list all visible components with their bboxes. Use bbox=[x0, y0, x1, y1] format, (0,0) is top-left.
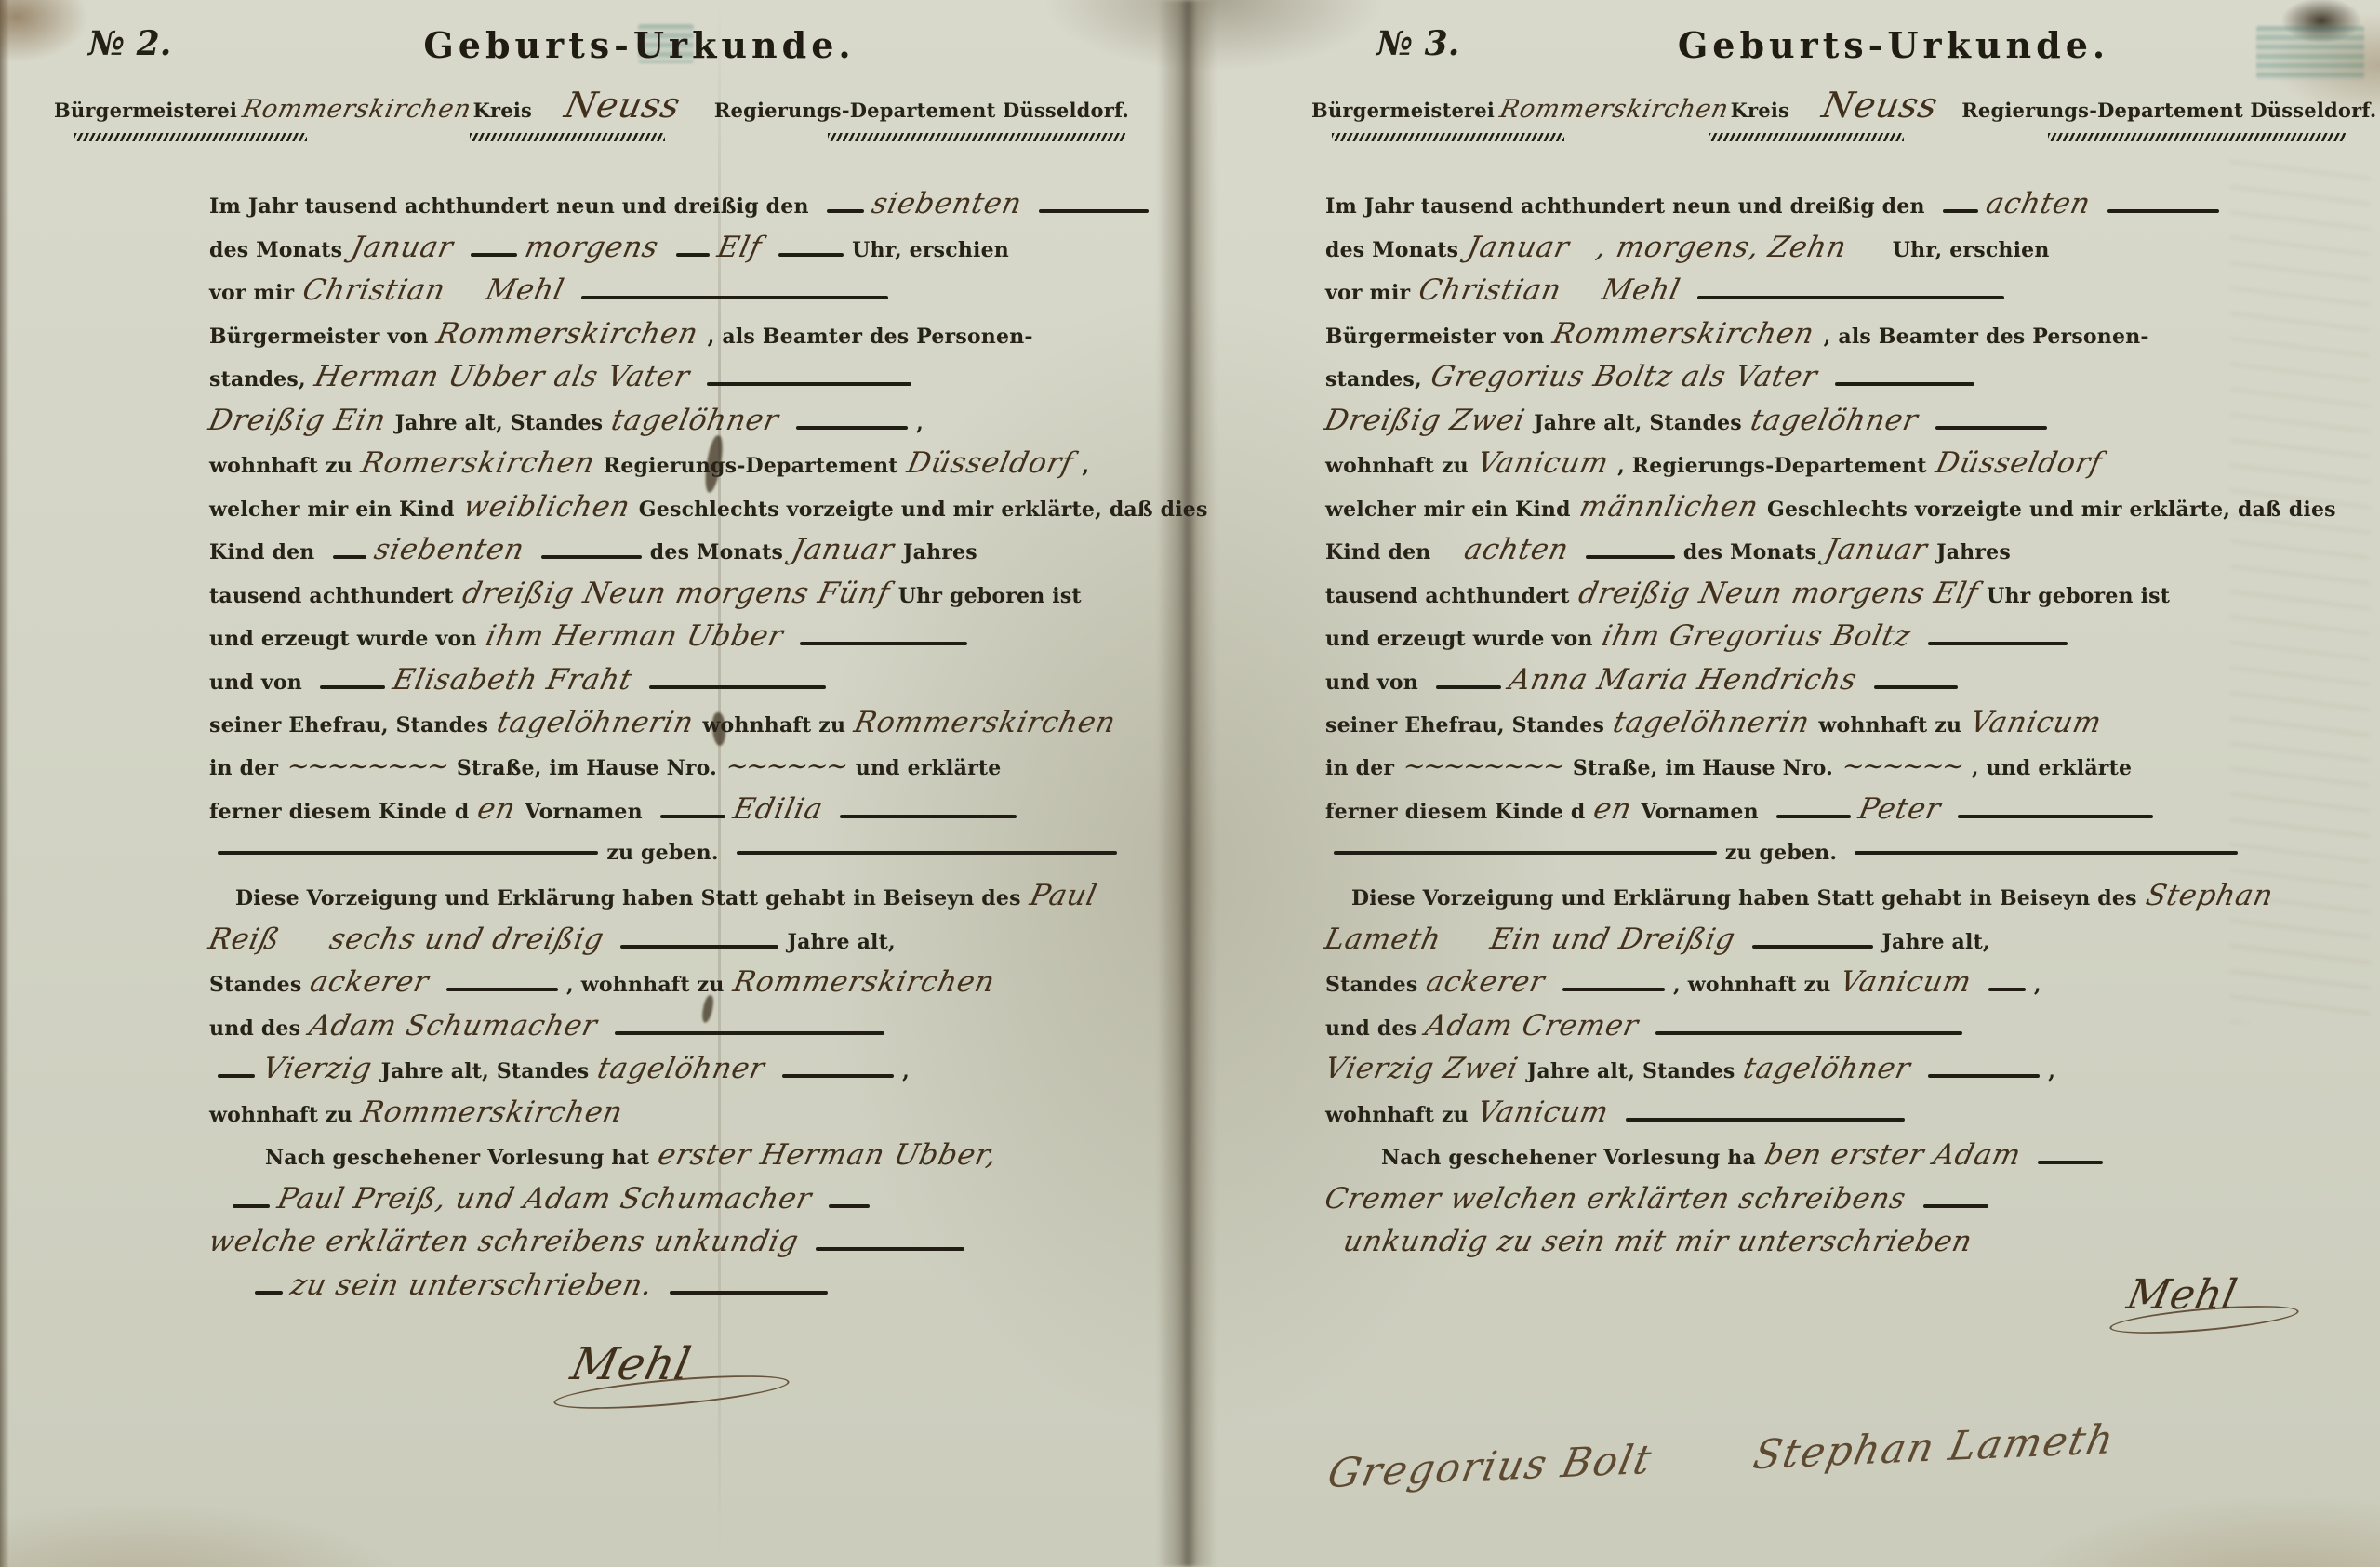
handwritten-entry: ihm Herman Ubber bbox=[482, 615, 788, 658]
handwritten-entry: männlichen bbox=[1576, 485, 1762, 529]
printed-form-text: ferner diesem Kinde d bbox=[209, 800, 469, 824]
form-line: in der~~~~~~~~Straße, im Hause Nro.~~~~~… bbox=[209, 745, 1125, 789]
form-line: standes,Herman Ubber als Vater bbox=[209, 355, 1125, 399]
printed-form-text: des Monats bbox=[650, 540, 783, 564]
fill-in-rule bbox=[620, 945, 778, 949]
handwritten-entry: Januar bbox=[347, 226, 458, 270]
printed-form-text: Diese Vorzeigung und Erklärung haben Sta… bbox=[1351, 886, 2137, 910]
handwritten-entry: Reiß bbox=[205, 918, 284, 962]
handwritten-entry: Gregorius Boltz als Vater bbox=[1427, 355, 1822, 399]
fill-in-rule bbox=[829, 1204, 870, 1208]
certificate-body: Im Jahr tausend achthundert neun und dre… bbox=[209, 182, 1125, 1307]
kreis-entry: Neuss bbox=[561, 85, 685, 126]
printed-form-text: Uhr geboren ist bbox=[1987, 584, 2170, 608]
handwritten-entry: tagelöhnerin bbox=[1609, 701, 1814, 745]
fill-in-rule bbox=[1039, 209, 1149, 213]
printed-form-text: Im Jahr tausend achthundert neun und dre… bbox=[209, 194, 809, 219]
handwritten-entry: siebenten bbox=[868, 182, 1026, 226]
handwritten-entry: Januar bbox=[1463, 226, 1574, 270]
handwritten-entry: Paul bbox=[1026, 874, 1101, 918]
page-title: Geburts-Urkunde. bbox=[423, 24, 855, 66]
fill-in-rule bbox=[1928, 642, 2068, 645]
handwritten-entry: Christian bbox=[1415, 269, 1565, 312]
handwritten-entry: Rommerskirchen bbox=[432, 312, 702, 356]
printed-form-text: Jahre alt, Standes bbox=[1527, 1059, 1735, 1083]
printed-form-text: vor mir bbox=[209, 281, 294, 305]
handwritten-entry: morgens bbox=[521, 226, 662, 270]
printed-form-text: Im Jahr tausend achthundert neun und dre… bbox=[1325, 194, 1925, 219]
form-line: welche erklärten schreibens unkundig bbox=[209, 1220, 1125, 1264]
printed-form-text: und des bbox=[1325, 1016, 1416, 1041]
form-line: des MonatsJanuar, morgens,ZehnUhr, ersch… bbox=[1325, 226, 2246, 270]
form-line: zu sein unterschrieben. bbox=[209, 1264, 1125, 1308]
handwritten-entry: ackerer bbox=[307, 961, 433, 1004]
fill-in-rule bbox=[782, 1074, 894, 1078]
printed-form-text: welcher mir ein Kind bbox=[1325, 498, 1571, 522]
handwritten-entry: Mehl bbox=[482, 269, 568, 312]
fill-in-rule bbox=[320, 685, 385, 689]
fill-in-rule bbox=[1988, 988, 2026, 991]
form-line: Diese Vorzeigung und Erklärung haben Sta… bbox=[209, 874, 1125, 918]
handwritten-entry: Elf bbox=[713, 226, 765, 270]
form-line: vor mirChristianMehl bbox=[1325, 269, 2246, 312]
handwritten-entry: Rommerskirchen bbox=[1549, 312, 1818, 356]
fill-in-rule bbox=[778, 253, 844, 257]
handwritten-entry: tagelöhnerin bbox=[493, 701, 698, 745]
printed-form-text: , bbox=[902, 1059, 910, 1083]
form-line: standes,Gregorius Boltz als Vater bbox=[1325, 355, 2246, 399]
fill-in-rule bbox=[1776, 815, 1851, 818]
printed-form-text: in der bbox=[209, 756, 278, 780]
fill-in-rule bbox=[1752, 945, 1873, 949]
fill-in-rule bbox=[1943, 209, 1978, 213]
printed-form-text: Jahre alt, Standes bbox=[395, 411, 604, 435]
record-number: № 2. bbox=[37, 24, 246, 63]
fill-in-rule bbox=[541, 555, 642, 559]
fill-in-rule bbox=[218, 851, 598, 855]
form-line: zu geben. bbox=[209, 831, 1125, 875]
form-line: welcher mir ein KindmännlichenGeschlecht… bbox=[1325, 485, 2246, 529]
regierungs-departement-label: Regierungs-Departement Düsseldorf. bbox=[1961, 99, 2376, 122]
handwritten-entry: en bbox=[1590, 788, 1637, 831]
handwritten-entry: Januar bbox=[788, 528, 898, 572]
kreis-label: Kreis bbox=[1731, 99, 1789, 122]
handwritten-entry: Romerskirchen bbox=[357, 442, 599, 485]
fill-in-rule bbox=[1334, 851, 1717, 855]
form-line: Dreißig ZweiJahre alt, Standestagelöhner bbox=[1325, 399, 2246, 443]
witness-signature: Gregorius Bolt bbox=[1323, 1437, 1656, 1498]
squiggle-placeholder: ~~~~~~ bbox=[722, 745, 851, 789]
hatch-mark bbox=[2048, 133, 2346, 141]
handwritten-entry: Adam Schumacher bbox=[305, 1004, 602, 1048]
form-line: in der~~~~~~~~Straße, im Hause Nro.~~~~~… bbox=[1325, 745, 2246, 789]
printed-form-text: Diese Vorzeigung und Erklärung haben Sta… bbox=[235, 886, 1021, 910]
municipality-entry: Rommerskirchen bbox=[1497, 95, 1732, 124]
printed-form-text: , und erklärte bbox=[1972, 756, 2132, 780]
record-number: № 3. bbox=[1295, 24, 1535, 63]
fill-in-rule bbox=[840, 815, 1017, 818]
handwritten-entry: Vanicum bbox=[1473, 1091, 1613, 1135]
printed-form-text: und des bbox=[209, 1016, 300, 1041]
page-title: Geburts-Urkunde. bbox=[1678, 24, 2109, 66]
fill-in-rule bbox=[737, 851, 1117, 855]
printed-form-text: Kind den bbox=[1325, 540, 1431, 564]
printed-form-text: Vornamen bbox=[525, 800, 642, 824]
kreis-label: Kreis bbox=[473, 99, 532, 122]
printed-form-text: tausend achthundert bbox=[209, 584, 454, 608]
fill-in-rule bbox=[1958, 815, 2153, 818]
printed-form-text: , wohnhaft zu bbox=[1673, 973, 1831, 997]
form-line: Diese Vorzeigung und Erklärung haben Sta… bbox=[1325, 874, 2246, 918]
witness-signatures: Gregorius Bolt Stephan Lameth bbox=[1327, 1410, 2267, 1497]
fill-in-rule bbox=[471, 253, 517, 257]
fill-in-rule bbox=[233, 1204, 270, 1208]
form-line: Reißsechs und dreißigJahre alt, bbox=[209, 918, 1125, 962]
handwritten-entry: Vanicum bbox=[1966, 701, 2106, 745]
printed-form-text: zu geben. bbox=[606, 831, 718, 875]
fill-in-rule bbox=[707, 382, 911, 386]
form-line: LamethEin und DreißigJahre alt, bbox=[1325, 918, 2246, 962]
form-line: Bürgermeister vonRommerskirchen, als Bea… bbox=[1325, 312, 2246, 356]
printed-form-text: standes, bbox=[209, 367, 306, 392]
handwritten-entry: Dreißig Zwei bbox=[1321, 399, 1529, 443]
form-line: seiner Ehefrau, Standestagelöhnerinwohnh… bbox=[1325, 701, 2246, 745]
handwritten-entry: ben bbox=[1761, 1134, 1826, 1177]
fill-in-rule bbox=[827, 209, 864, 213]
handwritten-entry: welche erklärten schreibens unkundig bbox=[205, 1220, 803, 1264]
form-line: ferner diesem Kinde denVornamenPeter bbox=[1325, 788, 2246, 831]
printed-form-text: Bürgermeister von bbox=[209, 325, 428, 349]
handwritten-entry: tagelöhner bbox=[607, 399, 783, 443]
form-line: wohnhaft zuRomerskirchenRegierungs-Depar… bbox=[209, 442, 1125, 485]
form-line: vor mirChristianMehl bbox=[209, 269, 1125, 312]
fill-in-rule bbox=[816, 1247, 964, 1251]
printed-form-text: , bbox=[2048, 1059, 2055, 1083]
handwritten-entry: erster Adam bbox=[1827, 1134, 2025, 1177]
form-line: tausend achthundertdreißig Neun morgens … bbox=[1325, 572, 2246, 616]
printed-form-text: , bbox=[2034, 973, 2041, 997]
fill-in-rule bbox=[581, 296, 888, 299]
form-line: Bürgermeister vonRommerskirchen, als Bea… bbox=[209, 312, 1125, 356]
municipality-entry: Rommerskirchen bbox=[240, 95, 474, 124]
fill-in-rule bbox=[255, 1291, 283, 1295]
fill-in-rule bbox=[1835, 382, 1974, 386]
printed-form-text: , bbox=[916, 411, 924, 435]
fill-in-rule bbox=[2038, 1161, 2103, 1164]
witness-signature: Stephan Lameth bbox=[1749, 1416, 2120, 1479]
handwritten-entry: Adam Cremer bbox=[1421, 1004, 1642, 1048]
printed-form-text: Nach geschehener Vorlesung ha bbox=[1381, 1146, 1756, 1170]
form-line: Vierzig ZweiJahre alt, Standestagelöhner… bbox=[1325, 1047, 2246, 1091]
printed-form-text: , als Beamter des Personen- bbox=[1824, 325, 2149, 349]
printed-form-text: wohnhaft zu bbox=[1818, 713, 1961, 737]
handwritten-entry: Vierzig Zwei bbox=[1321, 1047, 1522, 1091]
printed-form-text: welcher mir ein Kind bbox=[209, 498, 455, 522]
fill-in-rule bbox=[615, 1031, 884, 1035]
certificate-page-right: № 3. Geburts-Urkunde. Bürgermeisterei Ro… bbox=[1295, 0, 2373, 1331]
form-line: Kind densiebentendes MonatsJanuarJahres bbox=[209, 528, 1125, 572]
fill-in-rule bbox=[1562, 988, 1665, 991]
printed-form-text: Jahres bbox=[1936, 540, 2011, 564]
hatch-underlines bbox=[74, 133, 1125, 141]
printed-form-text: seiner Ehefrau, Standes bbox=[209, 713, 488, 737]
kreis-entry: Neuss bbox=[1818, 85, 1942, 126]
fill-in-rule bbox=[1586, 555, 1675, 559]
form-line: Paul Preiß, und Adam Schumacher bbox=[209, 1177, 1125, 1221]
printed-form-text: und erzeugt wurde von bbox=[1325, 627, 1593, 651]
handwritten-entry: Zehn bbox=[1764, 226, 1851, 270]
printed-form-text: Jahre alt, Standes bbox=[381, 1059, 590, 1083]
fill-in-rule bbox=[1874, 685, 1958, 689]
handwritten-entry: Dreißig Ein bbox=[205, 399, 390, 443]
hatch-mark bbox=[470, 133, 665, 141]
handwritten-entry: weiblichen bbox=[459, 485, 634, 529]
certificate-page-left: № 2. Geburts-Urkunde. Bürgermeisterei Ro… bbox=[37, 0, 1153, 1405]
handwritten-entry: , morgens, bbox=[1592, 226, 1763, 270]
squiggle-placeholder: ~~~~~~~~ bbox=[1399, 745, 1568, 789]
printed-form-text: Uhr, erschien bbox=[852, 238, 1009, 262]
form-line: und vonAnna Maria Hendrichs bbox=[1325, 658, 2246, 702]
handwritten-entry: Stephan bbox=[2142, 874, 2278, 918]
form-line: Standesackerer, wohnhaft zuRommerskirche… bbox=[209, 961, 1125, 1004]
printed-form-text: ferner diesem Kinde d bbox=[1325, 800, 1585, 824]
fill-in-rule bbox=[1697, 296, 2004, 299]
handwritten-entry: Januar bbox=[1821, 528, 1932, 572]
fill-in-rule bbox=[1436, 685, 1501, 689]
fill-in-rule bbox=[446, 988, 558, 991]
handwritten-entry: achten bbox=[1460, 528, 1573, 572]
municipality-line: Bürgermeisterei Rommerskirchen Kreis Neu… bbox=[1311, 85, 2373, 126]
handwritten-entry: Ein und Dreißig bbox=[1486, 918, 1739, 962]
printed-form-text: Uhr, erschien bbox=[1893, 238, 2050, 262]
certificate-body: Im Jahr tausend achthundert neun und dre… bbox=[1325, 182, 2246, 1264]
printed-form-text: wohnhaft zu bbox=[1325, 1103, 1469, 1127]
handwritten-entry: ackerer bbox=[1423, 961, 1549, 1004]
handwritten-entry: Peter bbox=[1855, 788, 1945, 831]
handwritten-entry: achten bbox=[1982, 182, 2094, 226]
printed-form-text: Jahre alt, Standes bbox=[1534, 411, 1742, 435]
printed-form-text: zu geben. bbox=[1725, 831, 1837, 875]
form-line: Dreißig EinJahre alt, Standestagelöhner, bbox=[209, 399, 1125, 443]
hatch-mark bbox=[1709, 133, 1904, 141]
page-header: № 2. Geburts-Urkunde. bbox=[37, 24, 1153, 66]
handwritten-entry: Mehl bbox=[1598, 269, 1684, 312]
handwritten-entry: dreißig Neun morgens Elf bbox=[1575, 572, 1982, 616]
printed-form-text: Straße, im Hause Nro. bbox=[457, 756, 717, 780]
form-line: und desAdam Schumacher bbox=[209, 1004, 1125, 1048]
printed-form-text: , als Beamter des Personen- bbox=[708, 325, 1033, 349]
handwritten-entry: tagelöhner bbox=[593, 1047, 769, 1091]
handwritten-entry: Rommerskirchen bbox=[729, 961, 999, 1004]
printed-form-text: , Regierungs-Departement bbox=[1617, 454, 1927, 478]
handwritten-entry: Elisabeth Fraht bbox=[389, 658, 636, 702]
form-line: VierzigJahre alt, Standestagelöhner, bbox=[209, 1047, 1125, 1091]
fill-in-rule bbox=[1923, 1204, 1988, 1208]
form-line: und erzeugt wurde vonihm Gregorius Boltz bbox=[1325, 615, 2246, 658]
printed-form-text: Jahre alt, bbox=[1881, 930, 1989, 954]
printed-form-text: Geschlechts vorzeigte und mir erklärte, … bbox=[1767, 498, 2336, 522]
printed-form-text: Geschlechts vorzeigte und mir erklärte, … bbox=[639, 498, 1208, 522]
printed-form-text: und von bbox=[209, 671, 302, 695]
handwritten-entry: ihm Gregorius Boltz bbox=[1598, 615, 1915, 658]
fill-in-rule bbox=[676, 253, 710, 257]
handwritten-entry: tagelöhner bbox=[1747, 399, 1922, 443]
form-line: unkundig zu sein mit mir unterschrieben bbox=[1325, 1220, 2246, 1264]
page-header: № 3. Geburts-Urkunde. bbox=[1295, 24, 2373, 66]
printed-form-text: Bürgermeister von bbox=[1325, 325, 1544, 349]
handwritten-entry: zu sein unterschrieben. bbox=[286, 1264, 657, 1308]
printed-form-text: Straße, im Hause Nro. bbox=[1573, 756, 1833, 780]
form-line: tausend achthundertdreißig Neun morgens … bbox=[209, 572, 1125, 616]
form-line: Nach geschehener Vorlesung habenerster A… bbox=[1325, 1134, 2246, 1177]
printed-form-text: standes, bbox=[1325, 367, 1422, 392]
printed-form-text: des Monats bbox=[1683, 540, 1816, 564]
printed-form-text: Jahre alt, bbox=[787, 930, 895, 954]
printed-form-text: Standes bbox=[1325, 973, 1417, 997]
form-line: und erzeugt wurde vonihm Herman Ubber bbox=[209, 615, 1125, 658]
squiggle-placeholder: ~~~~~~ bbox=[1838, 745, 1967, 789]
printed-form-text: Standes bbox=[209, 973, 301, 997]
printed-form-text: , wohnhaft zu bbox=[566, 973, 725, 997]
printed-form-text: des Monats bbox=[1325, 238, 1458, 262]
fill-in-rule bbox=[2107, 209, 2219, 213]
handwritten-entry: unkundig zu sein mit mir unterschrieben bbox=[1339, 1220, 1976, 1264]
handwritten-entry: Rommerskirchen bbox=[850, 701, 1120, 745]
handwritten-entry: Anna Maria Hendrichs bbox=[1505, 658, 1861, 702]
form-line: und vonElisabeth Fraht bbox=[209, 658, 1125, 702]
fill-in-rule bbox=[800, 642, 967, 645]
fill-in-rule bbox=[1655, 1031, 1962, 1035]
handwritten-entry: Düsseldorf bbox=[1932, 442, 2107, 485]
printed-form-text: und erklärte bbox=[856, 756, 1002, 780]
form-line: wohnhaft zuRommerskirchen bbox=[209, 1091, 1125, 1135]
form-line: ferner diesem Kinde denVornamenEdilia bbox=[209, 788, 1125, 831]
form-line: des MonatsJanuarmorgensElfUhr, erschien bbox=[209, 226, 1125, 270]
printed-form-text: tausend achthundert bbox=[1325, 584, 1570, 608]
hatch-underlines bbox=[1332, 133, 2346, 141]
form-line: Standesackerer, wohnhaft zuVanicum, bbox=[1325, 961, 2246, 1004]
municipality-line: Bürgermeisterei Rommerskirchen Kreis Neu… bbox=[54, 85, 1153, 126]
printed-form-text: seiner Ehefrau, Standes bbox=[1325, 713, 1604, 737]
form-line: wohnhaft zuVanicum bbox=[1325, 1091, 2246, 1135]
printed-form-text: Kind den bbox=[209, 540, 315, 564]
official-signature: Mehl bbox=[572, 1338, 790, 1405]
handwritten-entry: Lameth bbox=[1321, 918, 1445, 962]
hatch-mark bbox=[1332, 133, 1564, 141]
handwritten-entry: Rommerskirchen bbox=[357, 1091, 627, 1135]
handwritten-entry: en bbox=[474, 788, 521, 831]
fill-in-rule bbox=[796, 426, 908, 430]
hatch-mark bbox=[74, 133, 307, 141]
form-line: seiner Ehefrau, Standestagelöhnerinwohnh… bbox=[209, 701, 1125, 745]
form-line: welcher mir ein KindweiblichenGeschlecht… bbox=[209, 485, 1125, 529]
printed-form-text: Uhr geboren ist bbox=[898, 584, 1082, 608]
handwritten-entry: Herman Ubber als Vater bbox=[311, 355, 694, 399]
form-line: Kind denachtendes MonatsJanuarJahres bbox=[1325, 528, 2246, 572]
fill-in-rule bbox=[1855, 851, 2238, 855]
regierungs-departement-label: Regierungs-Departement Düsseldorf. bbox=[714, 99, 1129, 122]
form-line: und desAdam Cremer bbox=[1325, 1004, 2246, 1048]
printed-form-text: Regierungs-Departement bbox=[604, 454, 898, 478]
printed-form-text: wohnhaft zu bbox=[702, 713, 845, 737]
handwritten-entry: erster Herman Ubber, bbox=[654, 1134, 1002, 1177]
fill-in-rule bbox=[1928, 1074, 2040, 1078]
handwritten-entry: Vierzig bbox=[259, 1047, 377, 1091]
form-line: zu geben. bbox=[1325, 831, 2246, 875]
printed-form-text: Nach geschehener Vorlesung hat bbox=[265, 1146, 649, 1170]
printed-form-text: wohnhaft zu bbox=[209, 1103, 352, 1127]
printed-form-text: in der bbox=[1325, 756, 1394, 780]
handwritten-entry: Christian bbox=[299, 269, 449, 312]
handwritten-entry: Vanicum bbox=[1836, 961, 1975, 1004]
form-line: Cremer welchen erklärten schreibens bbox=[1325, 1177, 2246, 1221]
fill-in-rule bbox=[1626, 1118, 1905, 1122]
handwritten-entry: Vanicum bbox=[1473, 442, 1613, 485]
fill-in-rule bbox=[670, 1291, 828, 1295]
fill-in-rule bbox=[1935, 426, 2047, 430]
form-line: wohnhaft zuVanicum, Regierungs-Departeme… bbox=[1325, 442, 2246, 485]
handwritten-entry: Edilia bbox=[729, 788, 827, 831]
printed-form-text: , bbox=[1082, 454, 1089, 478]
printed-form-text: des Monats bbox=[209, 238, 342, 262]
form-line: Im Jahr tausend achthundert neun und dre… bbox=[1325, 182, 2246, 226]
printed-form-text: wohnhaft zu bbox=[1325, 454, 1469, 478]
fill-in-rule bbox=[649, 685, 826, 689]
printed-form-text: und erzeugt wurde von bbox=[209, 627, 477, 651]
fill-in-rule bbox=[333, 555, 366, 559]
buergermeisterei-label: Bürgermeisterei bbox=[1311, 99, 1495, 122]
buergermeisterei-label: Bürgermeisterei bbox=[54, 99, 237, 122]
handwritten-entry: Düsseldorf bbox=[903, 442, 1078, 485]
handwritten-entry: dreißig Neun morgens Fünf bbox=[459, 572, 894, 616]
fill-in-rule bbox=[218, 1074, 255, 1078]
handwritten-entry: sechs und dreißig bbox=[326, 918, 608, 962]
official-signature: Mehl bbox=[2128, 1268, 2299, 1331]
register-book-spread: № 2. Geburts-Urkunde. Bürgermeisterei Ro… bbox=[0, 0, 2380, 1567]
form-line: Im Jahr tausend achthundert neun und dre… bbox=[209, 182, 1125, 226]
fill-in-rule bbox=[660, 815, 725, 818]
printed-form-text: Jahres bbox=[903, 540, 977, 564]
book-gutter-fold bbox=[1157, 0, 1217, 1567]
handwritten-entry: Paul Preiß, und Adam Schumacher bbox=[273, 1177, 816, 1221]
handwritten-entry: tagelöhner bbox=[1740, 1047, 1916, 1091]
squiggle-placeholder: ~~~~~~~~ bbox=[283, 745, 452, 789]
printed-form-text: und von bbox=[1325, 671, 1418, 695]
hatch-mark bbox=[828, 133, 1125, 141]
printed-form-text: Vornamen bbox=[1641, 800, 1758, 824]
handwritten-entry: Cremer welchen erklärten schreibens bbox=[1321, 1177, 1910, 1221]
printed-form-text: vor mir bbox=[1325, 281, 1410, 305]
handwritten-entry: siebenten bbox=[370, 528, 528, 572]
form-line: Nach geschehener Vorlesung haterster Her… bbox=[209, 1134, 1125, 1177]
printed-form-text: wohnhaft zu bbox=[209, 454, 352, 478]
